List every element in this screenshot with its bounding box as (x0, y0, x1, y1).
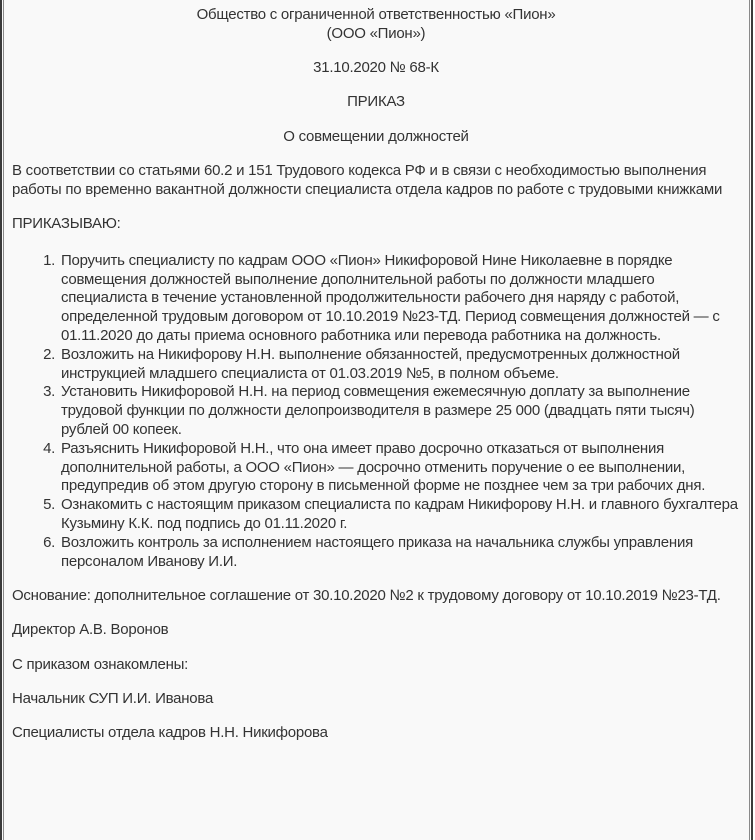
document-type-title: ПРИКАЗ (12, 93, 740, 112)
order-item: Разъяснить Никифоровой Н.Н., что она име… (59, 440, 740, 496)
order-item: Поручить специалисту по кадрам ООО «Пион… (59, 252, 740, 346)
order-document: Общество с ограниченной ответственностью… (12, 6, 740, 743)
order-date-number: 31.10.2020 № 68-К (12, 59, 740, 78)
acknowledged-person: Специалисты отдела кадров Н.Н. Никифоров… (12, 724, 740, 743)
order-subject: О совмещении должностей (12, 128, 740, 147)
basis-paragraph: Основание: дополнительное соглашение от … (12, 587, 740, 606)
document-frame: Общество с ограниченной ответственностью… (0, 0, 753, 840)
order-item: Ознакомить с настоящим приказом специали… (59, 496, 740, 534)
director-signature: Директор А.В. Воронов (12, 621, 740, 640)
organization-short-name: (ООО «Пион») (12, 25, 740, 44)
acknowledged-person: Начальник СУП И.И. Иванова (12, 690, 740, 709)
acknowledged-label: С приказом ознакомлены: (12, 656, 740, 675)
order-item: Установить Никифоровой Н.Н. на период со… (59, 383, 740, 439)
order-directive-word: ПРИКАЗЫВАЮ: (12, 215, 740, 234)
organization-full-name: Общество с ограниченной ответственностью… (12, 6, 740, 25)
order-items-list: Поручить специалисту по кадрам ООО «Пион… (12, 252, 740, 572)
order-item: Возложить на Никифорову Н.Н. выполнение … (59, 346, 740, 384)
preamble-paragraph: В соответствии со статьями 60.2 и 151 Тр… (12, 162, 740, 200)
order-item: Возложить контроль за исполнением настоя… (59, 534, 740, 572)
